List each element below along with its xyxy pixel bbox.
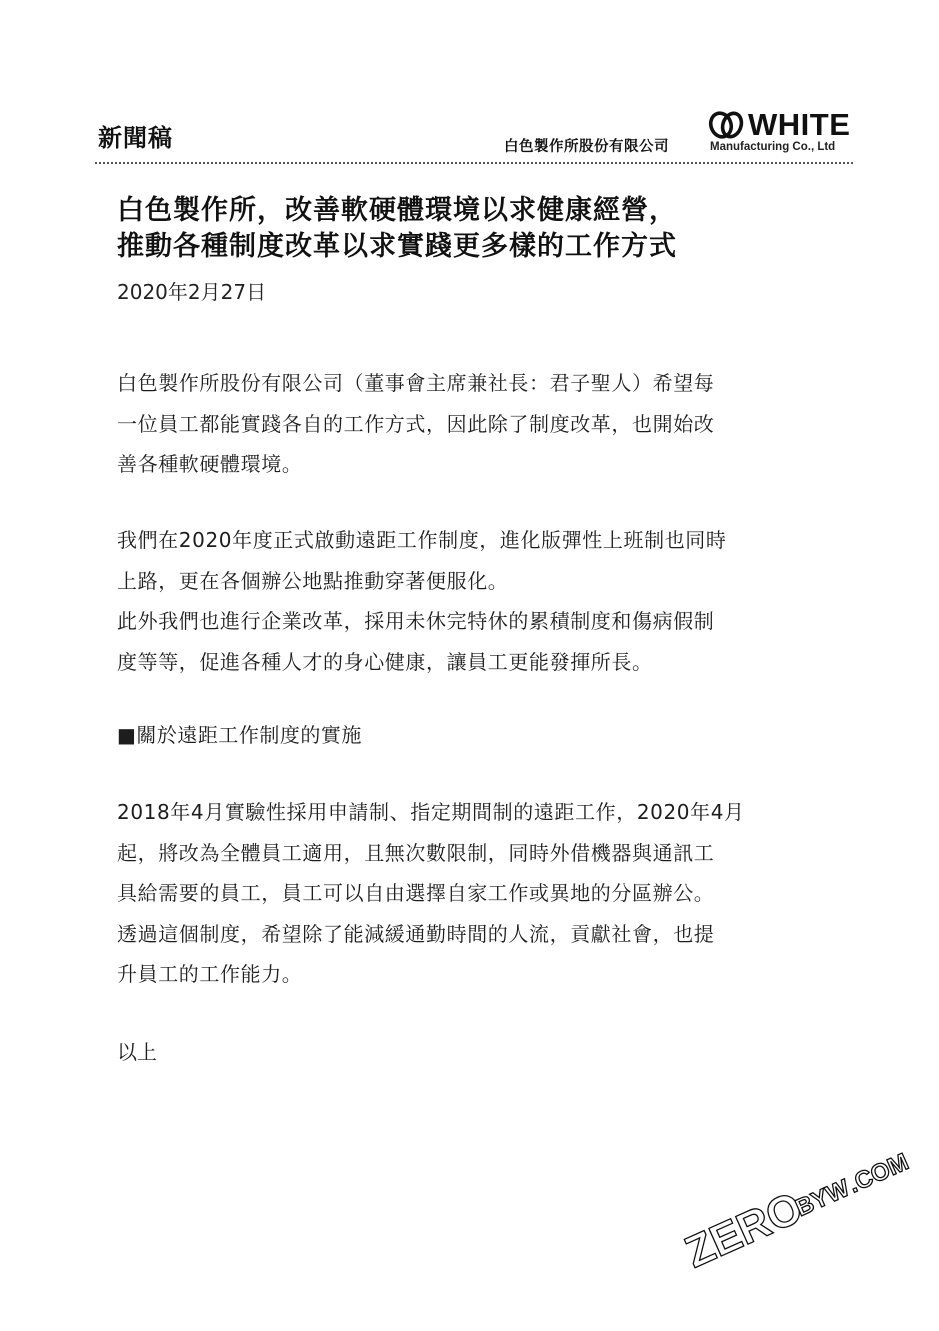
section-heading: ■關於遠距工作制度的實施 xyxy=(117,719,362,748)
publish-date: 2020年2月27日 xyxy=(117,276,266,305)
watermark-small: BYW xyxy=(792,1174,854,1222)
company-name-chinese: 白色製作所股份有限公司 xyxy=(504,135,669,156)
header-divider xyxy=(95,162,853,164)
company-logo: WHITE Manufacturing Co., Ltd xyxy=(708,108,856,158)
text-line: 度等等，促進各種人才的身心健康，讓員工更能發揮所長。 xyxy=(117,642,829,683)
text-line: 白色製作所股份有限公司（董事會主席兼社長：君子聖人）希望每 xyxy=(117,363,829,404)
text-line: 具給需要的員工，員工可以自由選擇自家工作或異地的分區辦公。 xyxy=(117,873,829,914)
article-title: 白色製作所，改善軟硬體環境以求健康經營， 推動各種制度改革以求實踐更多樣的工作方… xyxy=(117,193,837,265)
closing-remark: 以上 xyxy=(117,1036,157,1065)
text-line: 起，將改為全體員工適用，且無次數限制，同時外借機器與通訊工 xyxy=(117,833,829,874)
text-line: 善各種軟硬體環境。 xyxy=(117,444,829,485)
text-line: 此外我們也進行企業改革，採用未休完特休的累積制度和傷病假制 xyxy=(117,601,829,642)
logo-wordmark: WHITE xyxy=(748,108,850,142)
text-line: 上路，更在各個辦公地點推動穿著便服化。 xyxy=(117,561,829,602)
interlocking-loops-logo-icon xyxy=(708,110,750,140)
text-line: 我們在2020年度正式啟動遠距工作制度，進化版彈性上班制也同時 xyxy=(117,520,829,561)
paragraph-reforms: 我們在2020年度正式啟動遠距工作制度，進化版彈性上班制也同時 上路，更在各個辦… xyxy=(117,520,829,682)
paragraph-intro: 白色製作所股份有限公司（董事會主席兼社長：君子聖人）希望每 一位員工都能實踐各自… xyxy=(117,363,829,485)
press-release-label: 新聞稿 xyxy=(98,118,173,153)
title-line: 白色製作所，改善軟硬體環境以求健康經營， xyxy=(117,193,837,229)
title-line: 推動各種制度改革以求實踐更多樣的工作方式 xyxy=(117,229,837,265)
watermark-big: ZERO xyxy=(678,1183,810,1277)
text-line: 升員工的工作能力。 xyxy=(117,954,829,995)
logo-subtitle: Manufacturing Co., Ltd xyxy=(710,141,835,153)
paragraph-remote-work: 2018年4月實驗性採用申請制、指定期間制的遠距工作，2020年4月 起，將改為… xyxy=(117,792,829,995)
watermark-suffix: .COM xyxy=(845,1148,913,1198)
text-line: 2018年4月實驗性採用申請制、指定期間制的遠距工作，2020年4月 xyxy=(117,792,829,833)
watermark: ZERO BYW .COM xyxy=(676,1118,939,1283)
text-line: 一位員工都能實踐各自的工作方式，因此除了制度改革，也開始改 xyxy=(117,404,829,445)
text-line: 透過這個制度，希望除了能減緩通勤時間的人流，貢獻社會，也提 xyxy=(117,914,829,955)
